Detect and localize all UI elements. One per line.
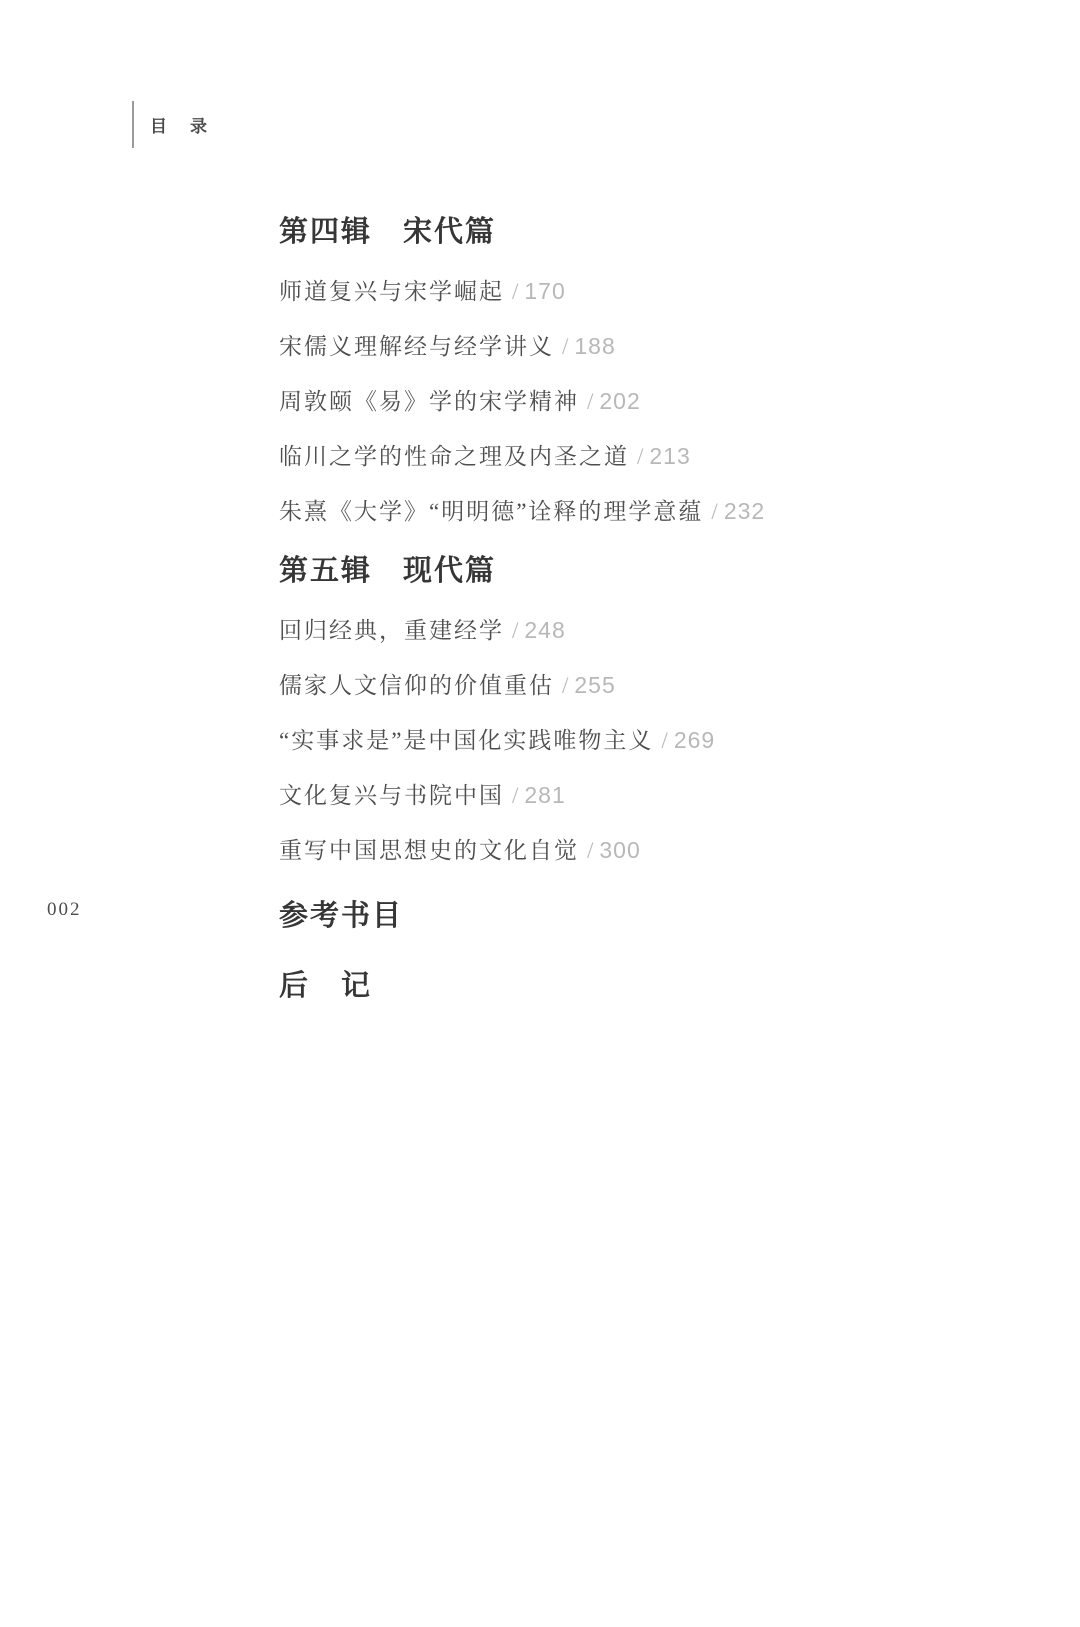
section-title: 第五辑 现代篇: [279, 553, 919, 589]
toc-entry-title: 周敦颐《易》学的宋学精神: [279, 389, 579, 414]
toc-entry: 重写中国思想史的文化自觉/300: [279, 837, 919, 864]
folio-page-number: 002: [47, 899, 82, 921]
toc-entry-page-number: 202: [599, 388, 640, 414]
toc-entry-separator: /: [637, 444, 643, 469]
toc-entry-page-number: 269: [674, 727, 715, 753]
toc-entry: 宋儒义理解经与经学讲义/188: [279, 333, 919, 360]
toc-entry-separator: /: [512, 279, 518, 304]
toc-entry-title: 重写中国思想史的文化自觉: [279, 838, 579, 863]
toc-entry: 周敦颐《易》学的宋学精神/202: [279, 388, 919, 415]
toc-entry-title: 宋儒义理解经与经学讲义: [279, 334, 554, 359]
page-title: 目 录: [150, 112, 210, 137]
toc-entry-separator: /: [661, 728, 667, 753]
section-items: 回归经典，重建经学/248 儒家人文信仰的价值重估/255 “实事求是”是中国化…: [279, 617, 919, 864]
toc-entry-title: 朱熹《大学》“明明德”诠释的理学意蕴: [279, 499, 703, 524]
back-matter-title: 后 记: [279, 968, 919, 1004]
toc-entry: 临川之学的性命之理及内圣之道/213: [279, 443, 919, 470]
toc-entry-page-number: 188: [574, 333, 615, 359]
toc-entry: 文化复兴与书院中国/281: [279, 782, 919, 809]
toc-entry-separator: /: [562, 334, 568, 359]
toc-entry: “实事求是”是中国化实践唯物主义/269: [279, 727, 919, 754]
toc-entry-title: 临川之学的性命之理及内圣之道: [279, 444, 629, 469]
toc-entry-separator: /: [562, 673, 568, 698]
toc-sections: 第四辑 宋代篇 师道复兴与宋学崛起/170 宋儒义理解经与经学讲义/188 周敦…: [279, 214, 919, 1004]
toc-entry-separator: /: [587, 389, 593, 414]
toc-entry-page-number: 170: [524, 278, 565, 304]
toc-entry: 儒家人文信仰的价值重估/255: [279, 672, 919, 699]
toc-entry-title: “实事求是”是中国化实践唯物主义: [279, 728, 653, 753]
header-rule: [132, 101, 134, 148]
toc-entry-title: 回归经典，重建经学: [279, 618, 504, 643]
toc-entry-title: 师道复兴与宋学崛起: [279, 279, 504, 304]
section-title: 第四辑 宋代篇: [279, 214, 919, 250]
toc-entry: 朱熹《大学》“明明德”诠释的理学意蕴/232: [279, 498, 919, 525]
toc-section: 第四辑 宋代篇 师道复兴与宋学崛起/170 宋儒义理解经与经学讲义/188 周敦…: [279, 214, 919, 525]
toc-entry-page-number: 281: [524, 782, 565, 808]
toc-entry-page-number: 300: [599, 837, 640, 863]
toc-entry: 师道复兴与宋学崛起/170: [279, 278, 919, 305]
section-items: 师道复兴与宋学崛起/170 宋儒义理解经与经学讲义/188 周敦颐《易》学的宋学…: [279, 278, 919, 525]
toc-entry-separator: /: [711, 499, 717, 524]
toc-entry: 回归经典，重建经学/248: [279, 617, 919, 644]
toc-entry-title: 儒家人文信仰的价值重估: [279, 673, 554, 698]
toc-entry-separator: /: [587, 838, 593, 863]
toc-entry-page-number: 213: [649, 443, 690, 469]
toc-entry-page-number: 232: [724, 498, 765, 524]
toc-section: 第五辑 现代篇 回归经典，重建经学/248 儒家人文信仰的价值重估/255 “实…: [279, 553, 919, 864]
toc-entry-separator: /: [512, 783, 518, 808]
toc-page: { "header": { "title": "目 录" }, "folio":…: [0, 0, 1080, 1627]
page-header: 目 录: [132, 101, 210, 148]
toc-entry-page-number: 248: [524, 617, 565, 643]
toc-entry-separator: /: [512, 618, 518, 643]
toc-entry-page-number: 255: [574, 672, 615, 698]
toc-entry-title: 文化复兴与书院中国: [279, 783, 504, 808]
back-matter-title: 参考书目: [279, 898, 919, 934]
